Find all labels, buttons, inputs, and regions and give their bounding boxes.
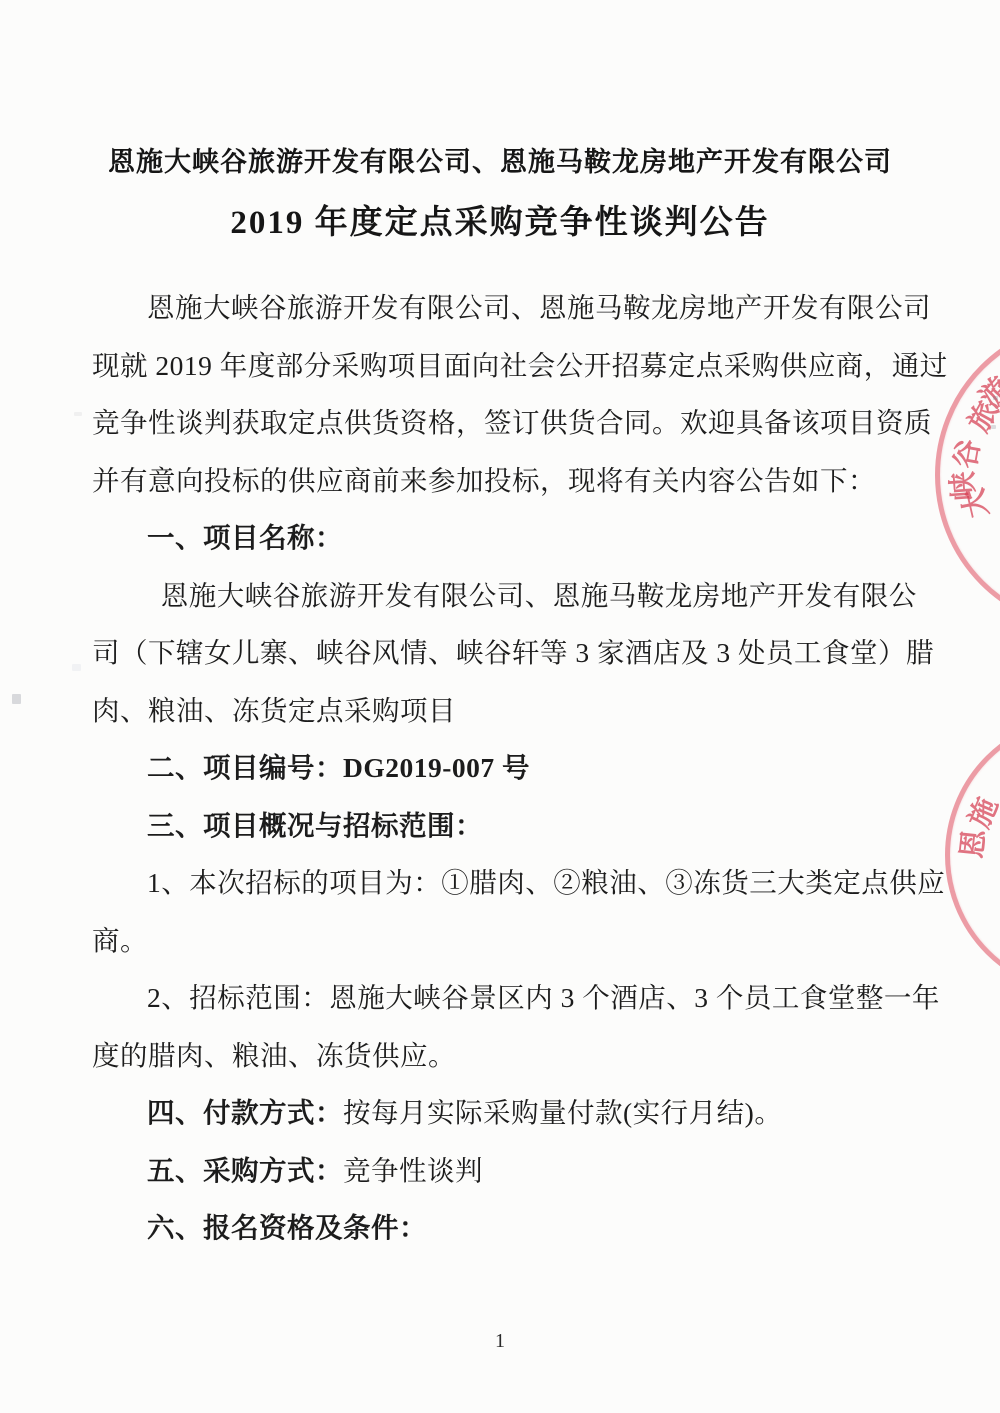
- text-segment: 竞争性谈判: [343, 1155, 483, 1186]
- text-segment: 司（下辖女儿寨、峡谷风情、峡谷轩等 3 家酒店及 3 处员工食堂）腊: [92, 637, 934, 668]
- text-segment: 现就 2019 年度部分采购项目面向社会公开招募定点采购供应商，通过: [92, 350, 948, 381]
- scan-artifact: [74, 412, 82, 416]
- text-segment-bold: DG2019-007 号: [343, 752, 530, 783]
- text-segment-bold: 四、付款方式：: [147, 1097, 343, 1128]
- text-segment-bold: 一、项目名称：: [147, 522, 343, 553]
- seal-character: 恩: [958, 828, 991, 861]
- text-segment: 肉、粮油、冻货定点采购项目: [92, 695, 456, 726]
- text-segment: 1、本次招标的项目为：①腊肉、②粮油、③冻货三大类定点供应: [147, 867, 945, 898]
- text-line: 一、项目名称：: [92, 509, 912, 567]
- page-number: 1: [0, 1330, 1000, 1353]
- document-title-announcement: 2019 年度定点采购竞争性谈判公告: [0, 196, 1000, 243]
- text-line: 度的腊肉、粮油、冻货供应。: [92, 1027, 912, 1085]
- text-segment: 竞争性谈判获取定点供货资格，签订供货合同。欢迎具备该项目资质: [92, 407, 932, 438]
- text-line: 商。: [92, 912, 912, 970]
- scan-artifact: [12, 694, 21, 704]
- text-line: 肉、粮油、冻货定点采购项目: [92, 682, 912, 740]
- title-block: 恩施大峡谷旅游开发有限公司、恩施马鞍龙房地产开发有限公司 2019 年度定点采购…: [0, 140, 1000, 243]
- scan-artifact: [993, 396, 998, 400]
- text-segment-bold: 三、项目概况与招标范围：: [147, 810, 483, 841]
- document-title-companies: 恩施大峡谷旅游开发有限公司、恩施马鞍龙房地产开发有限公司: [0, 140, 1000, 179]
- text-segment: 并有意向投标的供应商前来参加投标，现将有关内容公告如下：: [92, 465, 876, 496]
- text-segment: 2、招标范围：恩施大峡谷景区内 3 个酒店、3 个员工食堂整一年: [147, 982, 940, 1013]
- document-body: 恩施大峡谷旅游开发有限公司、恩施马鞍龙房地产开发有限公司现就 2019 年度部分…: [92, 279, 912, 1257]
- text-segment: 按每月实际采购量付款(实行月结)。: [343, 1097, 782, 1128]
- text-segment-bold: 六、报名资格及条件：: [147, 1212, 427, 1243]
- document-page: 游旅谷峡大施恩 恩施大峡谷旅游开发有限公司、恩施马鞍龙房地产开发有限公司 201…: [0, 0, 1000, 1413]
- text-line: 并有意向投标的供应商前来参加投标，现将有关内容公告如下：: [92, 452, 912, 510]
- text-line: 1、本次招标的项目为：①腊肉、②粮油、③冻货三大类定点供应: [92, 854, 912, 912]
- seal-character: 谷: [951, 437, 986, 472]
- text-line: 五、采购方式：竞争性谈判: [92, 1142, 912, 1200]
- text-line: 现就 2019 年度部分采购项目面向社会公开招募定点采购供应商，通过: [92, 337, 912, 395]
- text-line: 司（下辖女儿寨、峡谷风情、峡谷轩等 3 家酒店及 3 处员工食堂）腊: [92, 624, 912, 682]
- text-segment-bold: 五、采购方式：: [147, 1155, 343, 1186]
- text-line: 恩施大峡谷旅游开发有限公司、恩施马鞍龙房地产开发有限公: [92, 567, 912, 625]
- scan-artifact: [72, 664, 81, 671]
- text-segment: 度的腊肉、粮油、冻货供应。: [92, 1040, 456, 1071]
- text-segment: 恩施大峡谷旅游开发有限公司、恩施马鞍龙房地产开发有限公: [161, 580, 917, 611]
- scan-artifact: [991, 425, 996, 429]
- text-segment: 恩施大峡谷旅游开发有限公司、恩施马鞍龙房地产开发有限公司: [147, 292, 931, 323]
- text-line: 2、招标范围：恩施大峡谷景区内 3 个酒店、3 个员工食堂整一年: [92, 969, 912, 1027]
- text-line: 二、项目编号：DG2019-007 号: [92, 739, 912, 797]
- text-segment-bold: 二、项目编号：: [147, 752, 343, 783]
- text-line: 恩施大峡谷旅游开发有限公司、恩施马鞍龙房地产开发有限公司: [92, 279, 912, 337]
- text-line: 六、报名资格及条件：: [92, 1199, 912, 1257]
- text-line: 四、付款方式：按每月实际采购量付款(实行月结)。: [92, 1084, 912, 1142]
- text-line: 三、项目概况与招标范围：: [92, 797, 912, 855]
- text-segment: 商。: [92, 925, 148, 956]
- text-line: 竞争性谈判获取定点供货资格，签订供货合同。欢迎具备该项目资质: [92, 394, 912, 452]
